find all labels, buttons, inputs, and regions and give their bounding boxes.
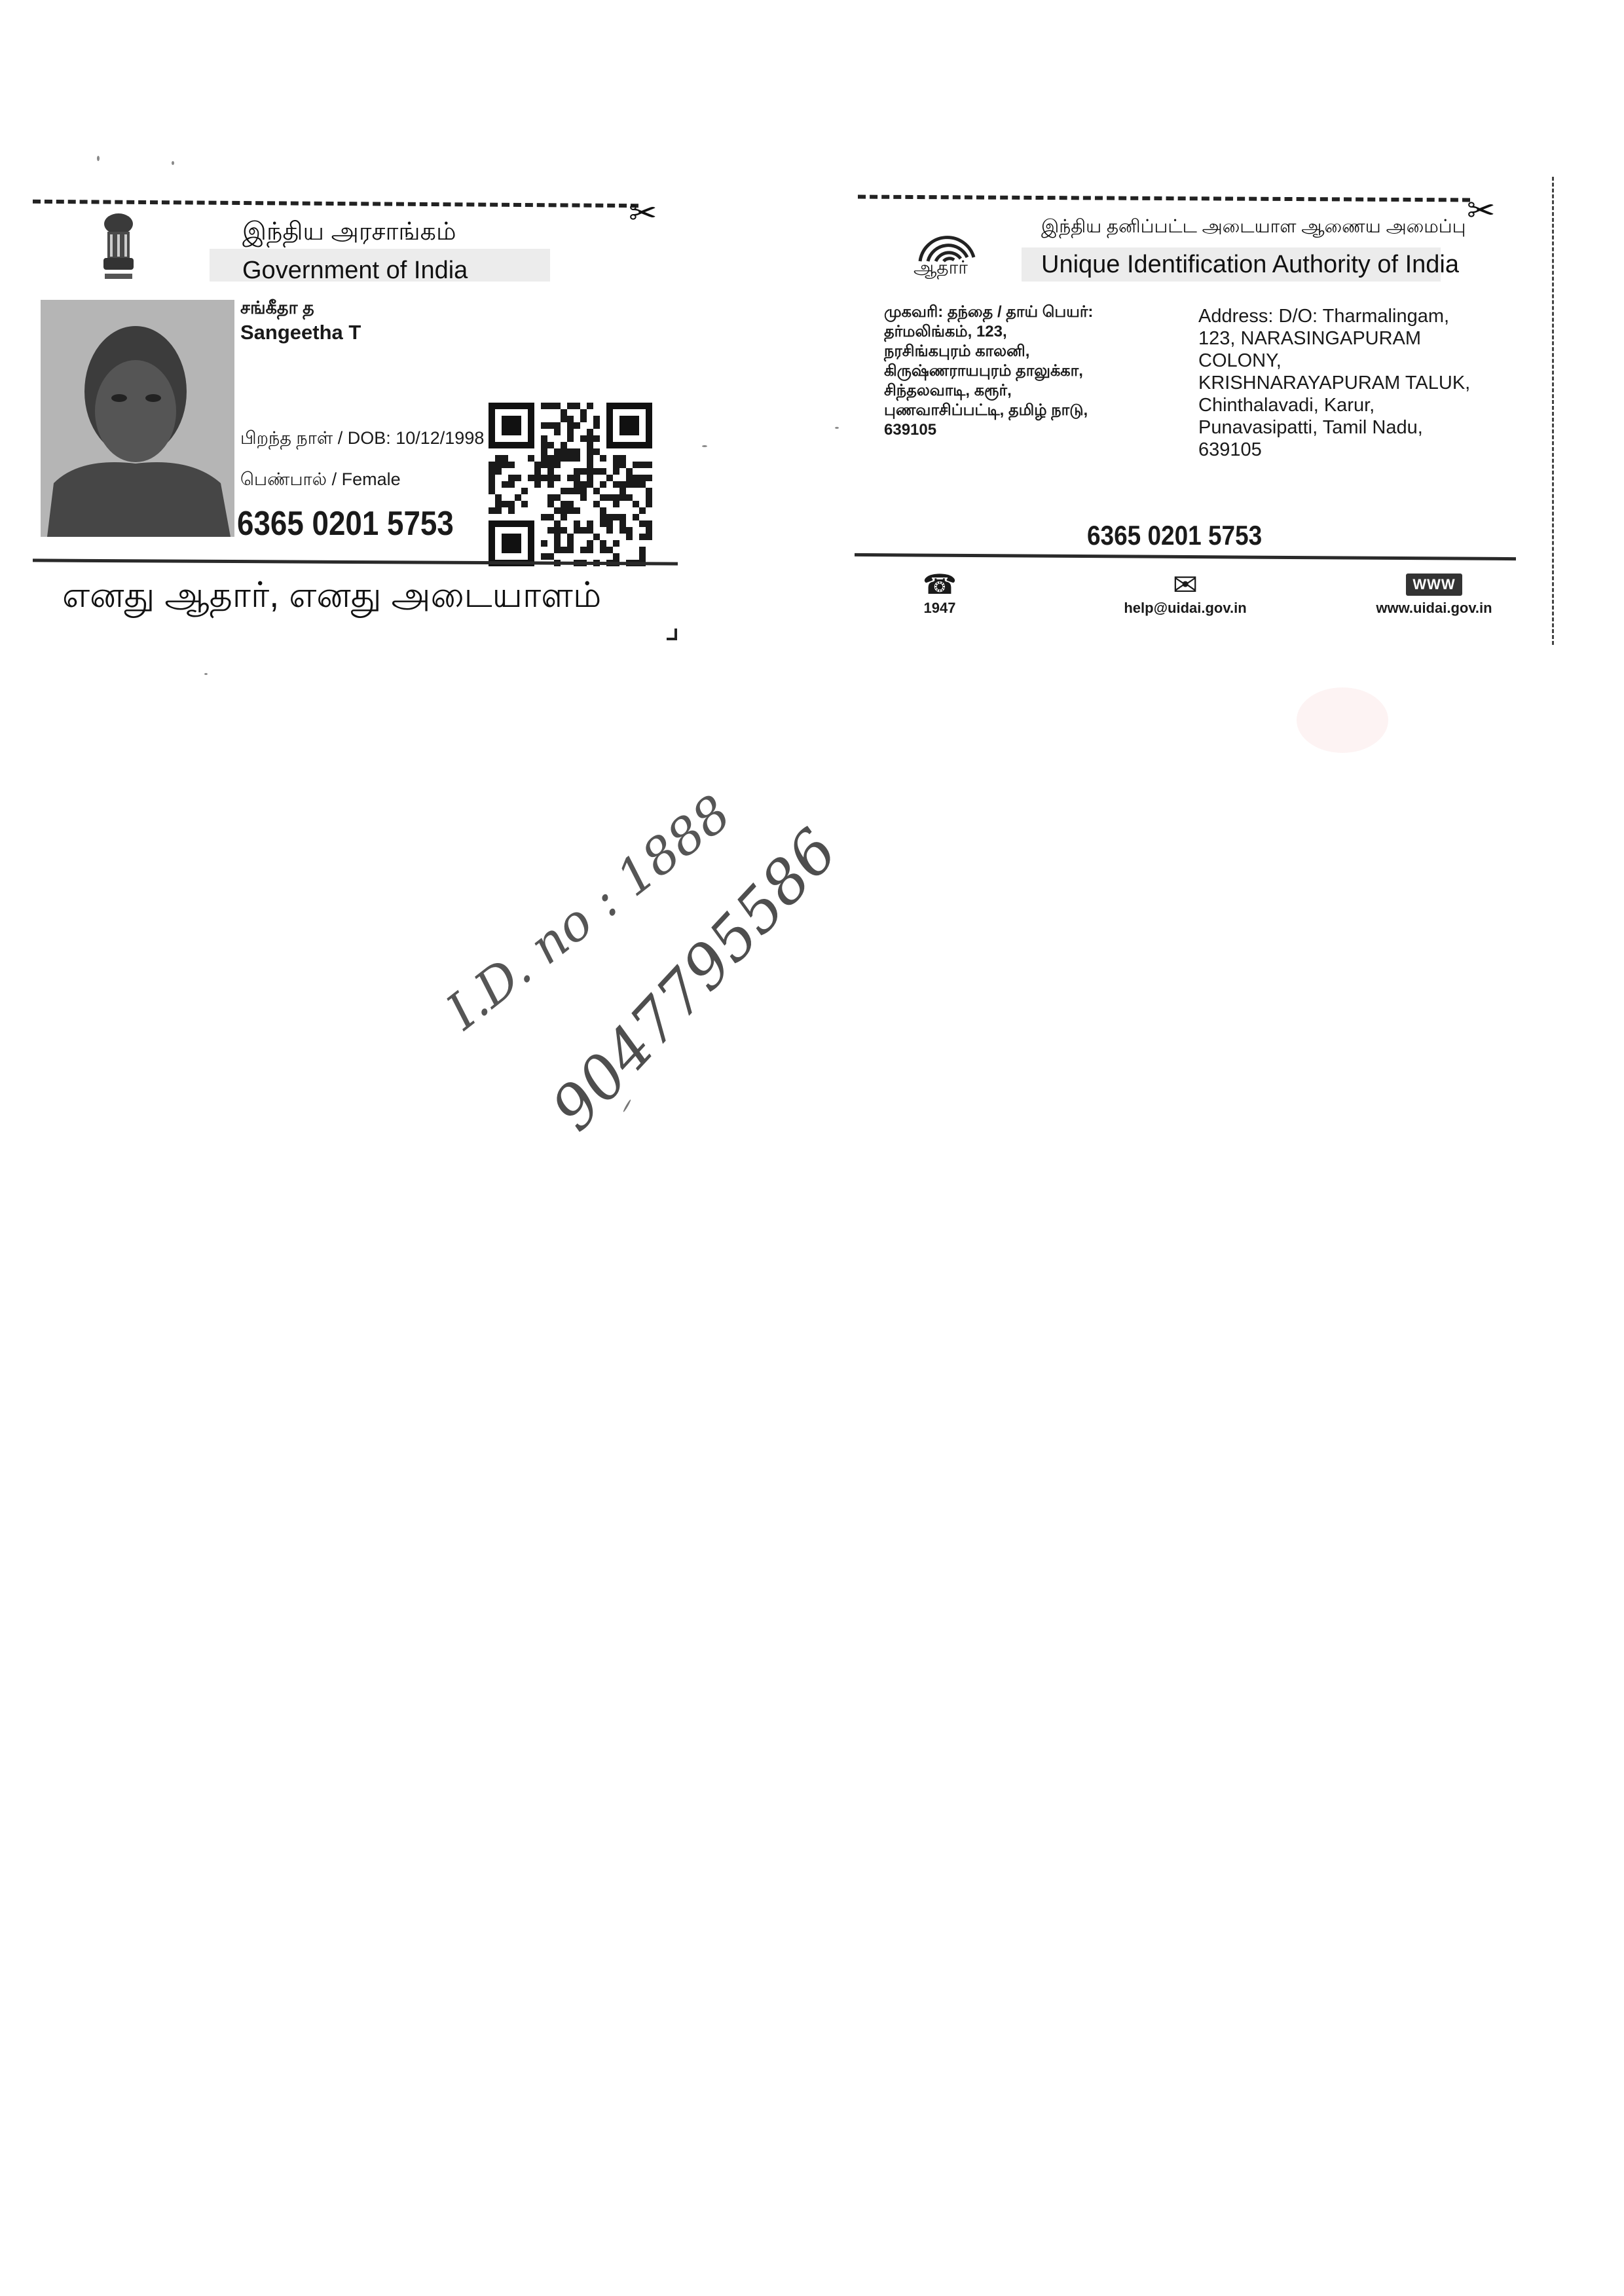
address-tamil: முகவரி: தந்தை / தாய் பெயர்: தர்மலிங்கம்,… [884,302,1093,440]
footer-web: WWW www.uidai.gov.in [1369,574,1500,617]
cut-line-back [858,195,1470,202]
card-edge [1552,177,1554,645]
date-of-birth: பிறந்த நாள் / DOB: 10/12/1998 [240,428,484,451]
qr-code [489,403,652,566]
back-header-tamil: இந்திய தனிப்பட்ட அடையாள ஆணைய அமைப்பு [1041,216,1466,240]
aadhaar-logo-text: ஆதார் [913,257,968,281]
scissors-icon: ✂ [1467,194,1496,228]
back-header-english: Unique Identification Authority of India [1041,251,1459,279]
crop-mark [667,629,677,640]
gender: பெண்பால் / Female [240,469,401,492]
front-header-english: Government of India [242,257,468,285]
envelope-icon: ✉ [1113,570,1257,600]
scissors-icon: ✂ [629,196,657,230]
tagline: எனது ஆதார், எனது அடையாளம் [62,575,601,621]
address-english: Address: D/O: Tharmalingam, 123, NARASIN… [1198,305,1470,461]
www-icon: WWW [1406,574,1462,596]
footer-email: ✉ help@uidai.gov.in [1113,570,1257,617]
back-divider [855,553,1516,560]
aadhaar-number-front: 6365 0201 5753 [237,504,454,543]
aadhaar-number-back: 6365 0201 5753 [1087,520,1262,551]
holder-name-english: Sangeetha T [240,321,361,344]
state-emblem-icon [98,211,139,284]
holder-name-tamil: சங்கீதா த [240,298,314,321]
cut-line-front [33,200,638,208]
holder-photo [41,300,234,537]
front-header-tamil: இந்திய அரசாங்கம் [242,218,456,249]
telephone-icon: ☎ [907,570,972,600]
footer-phone: ☎ 1947 [907,570,972,617]
